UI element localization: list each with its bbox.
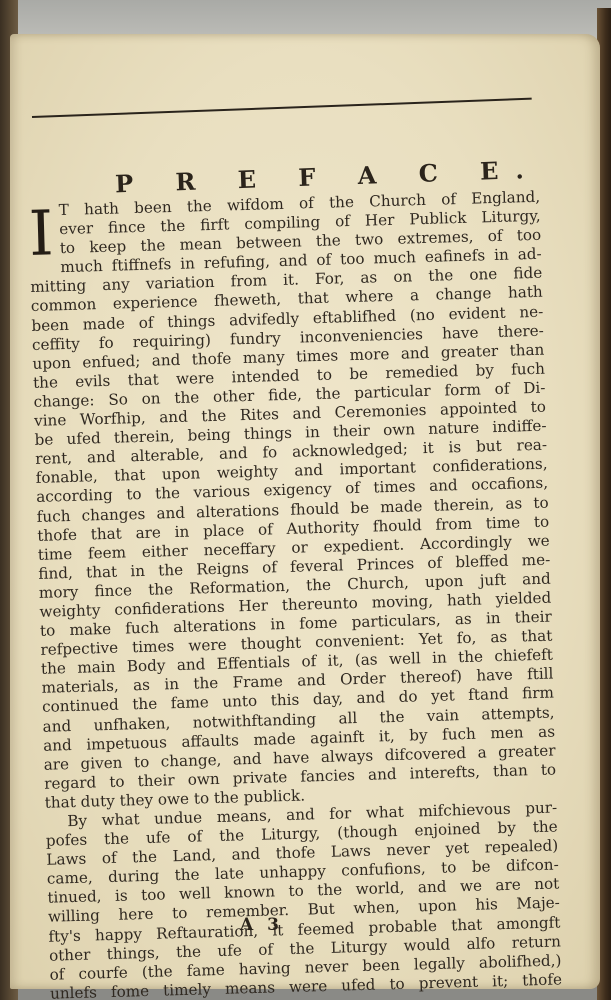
signature-mark: A 3 <box>240 915 283 935</box>
drop-cap: I <box>28 207 54 260</box>
header-rule <box>32 98 532 118</box>
preface-body: I T hath been the wifdom of the Church o… <box>28 188 562 1000</box>
book-page: P R E F A C E. I T hath been the wifdom … <box>10 34 600 989</box>
